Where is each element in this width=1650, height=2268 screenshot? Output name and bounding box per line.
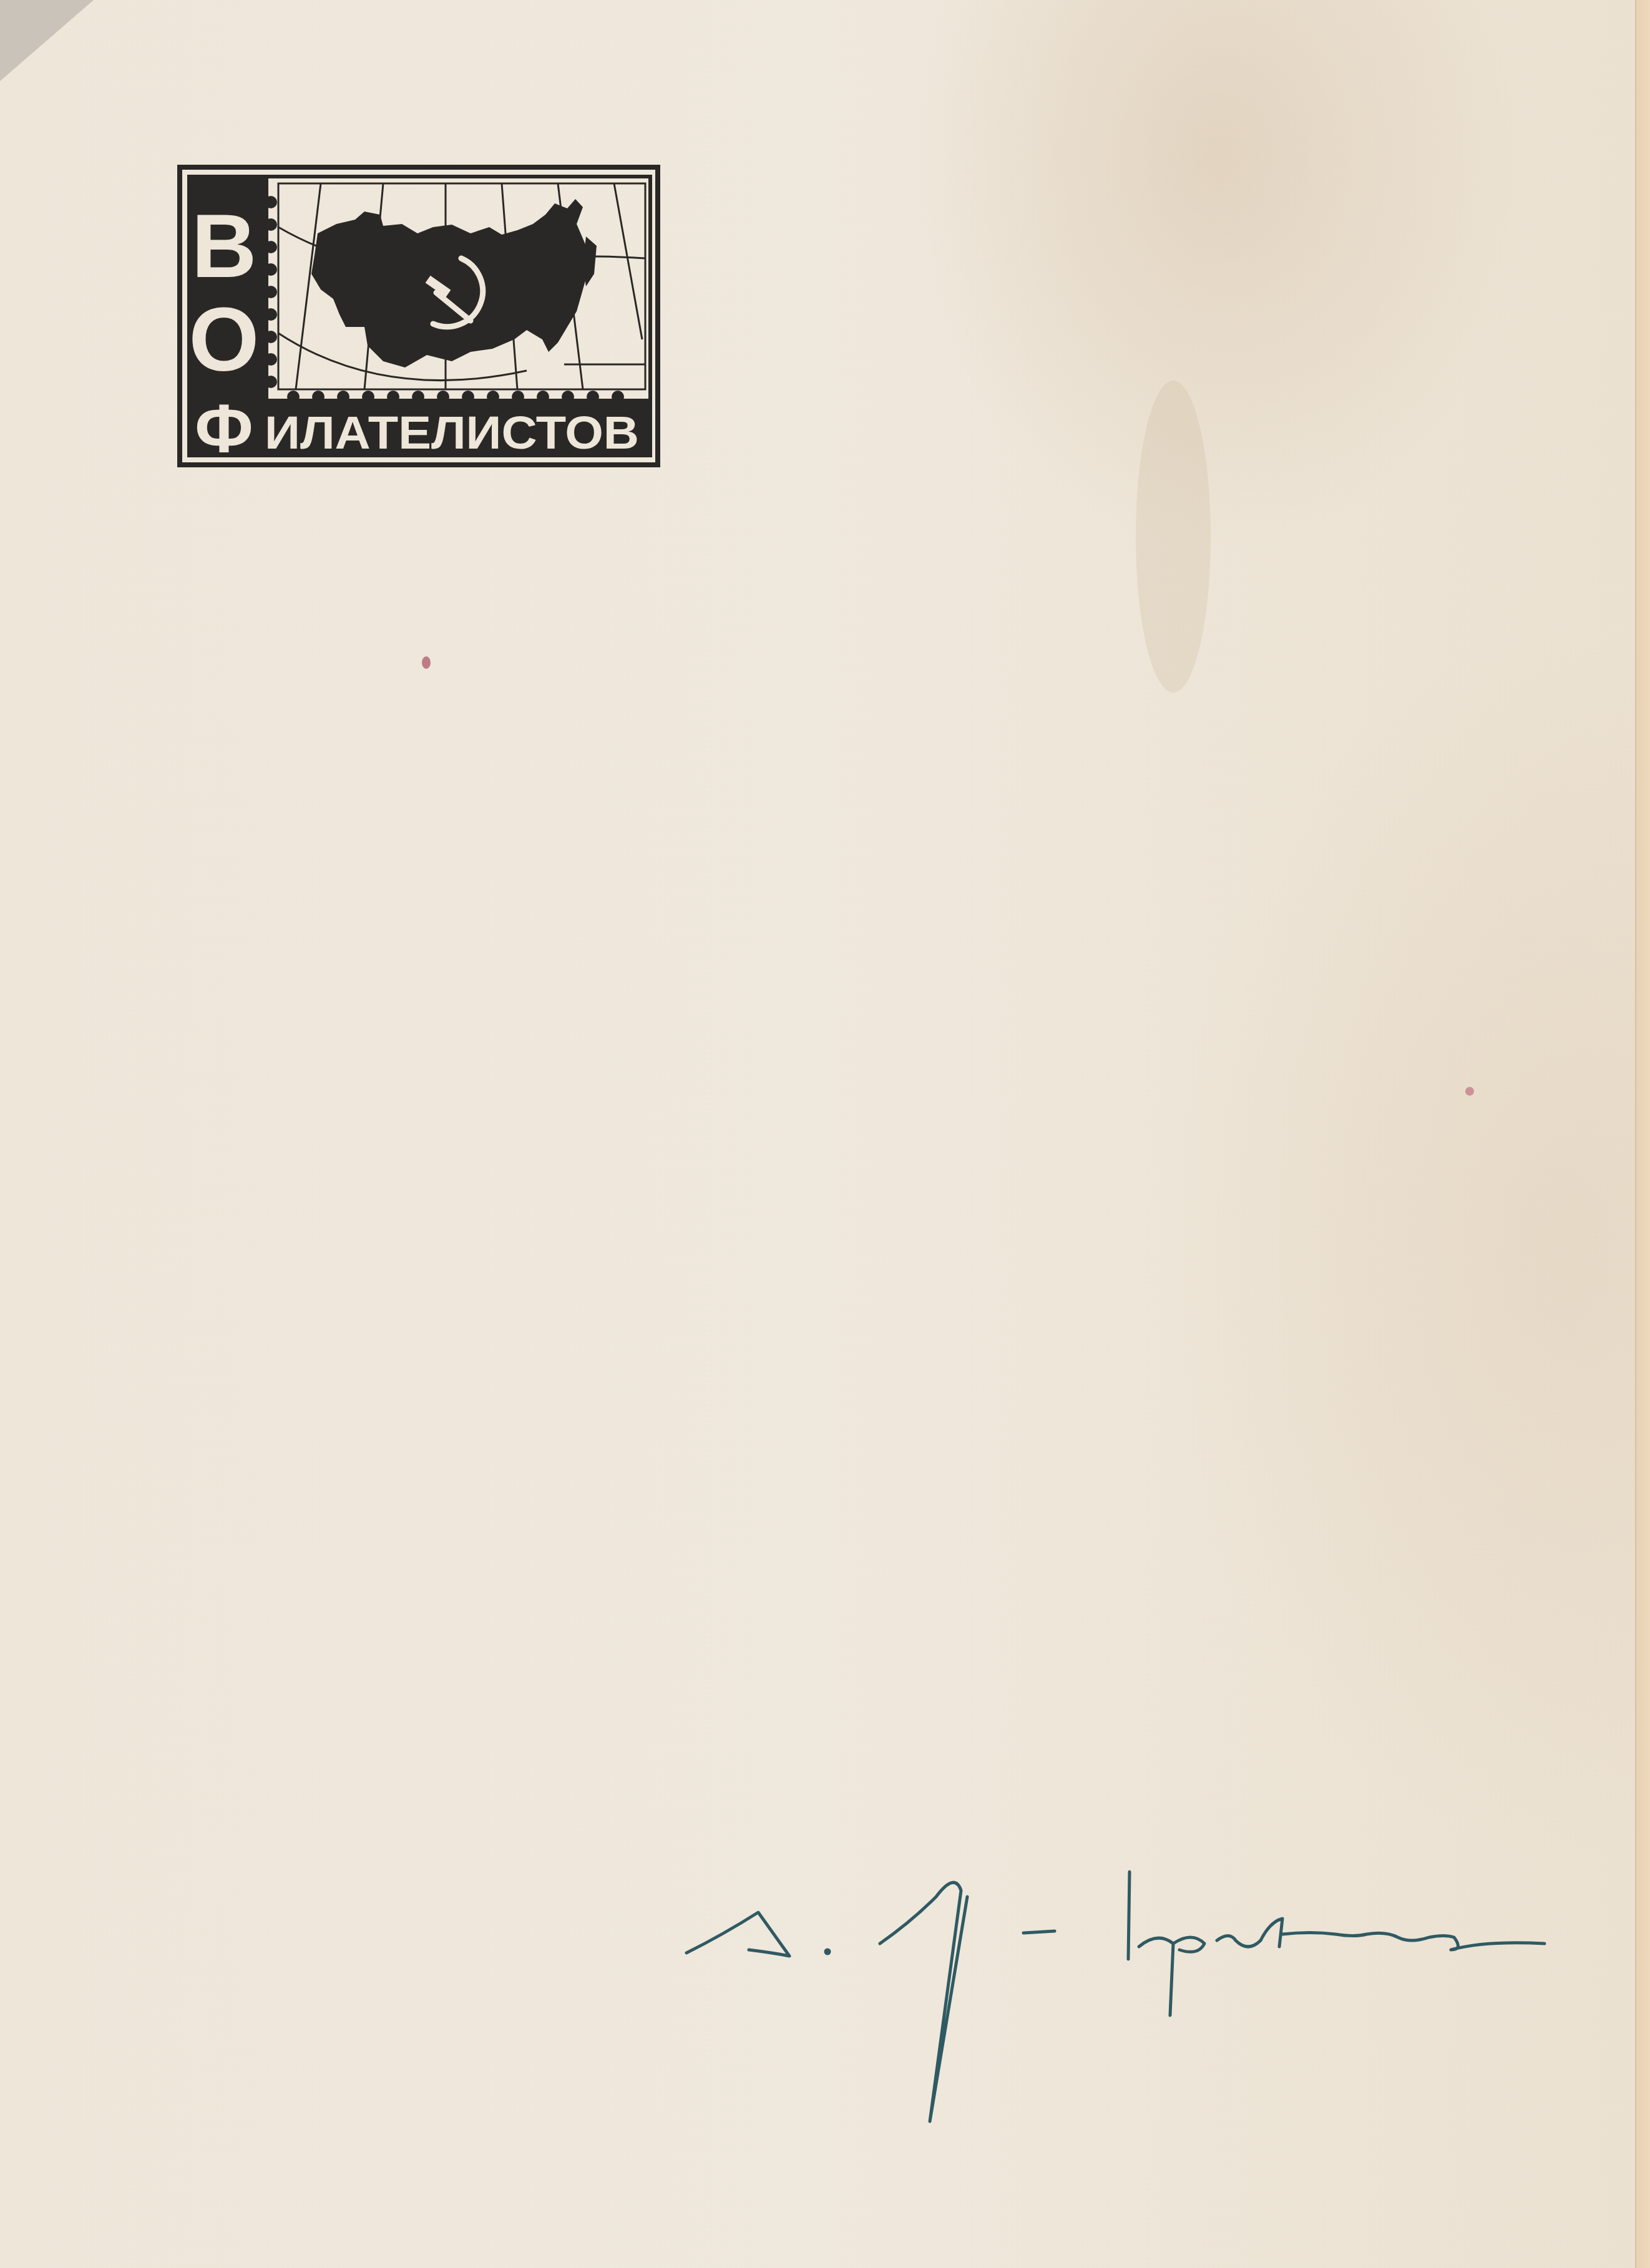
paper-edge bbox=[1635, 0, 1650, 2268]
vof-philatelists-logo: В О Ф ИЛАТЕЛИСТОВ bbox=[177, 165, 660, 467]
logo-letter: В bbox=[192, 195, 257, 296]
stain bbox=[422, 656, 431, 669]
logo-word: ИЛАТЕЛИСТОВ bbox=[265, 407, 639, 459]
logo-initial: Ф bbox=[195, 390, 253, 467]
stain bbox=[1136, 381, 1211, 693]
handwritten-signature bbox=[674, 1859, 1573, 2146]
logo-letter: О bbox=[189, 289, 260, 390]
folded-corner bbox=[0, 0, 94, 81]
stain bbox=[1465, 1087, 1474, 1096]
